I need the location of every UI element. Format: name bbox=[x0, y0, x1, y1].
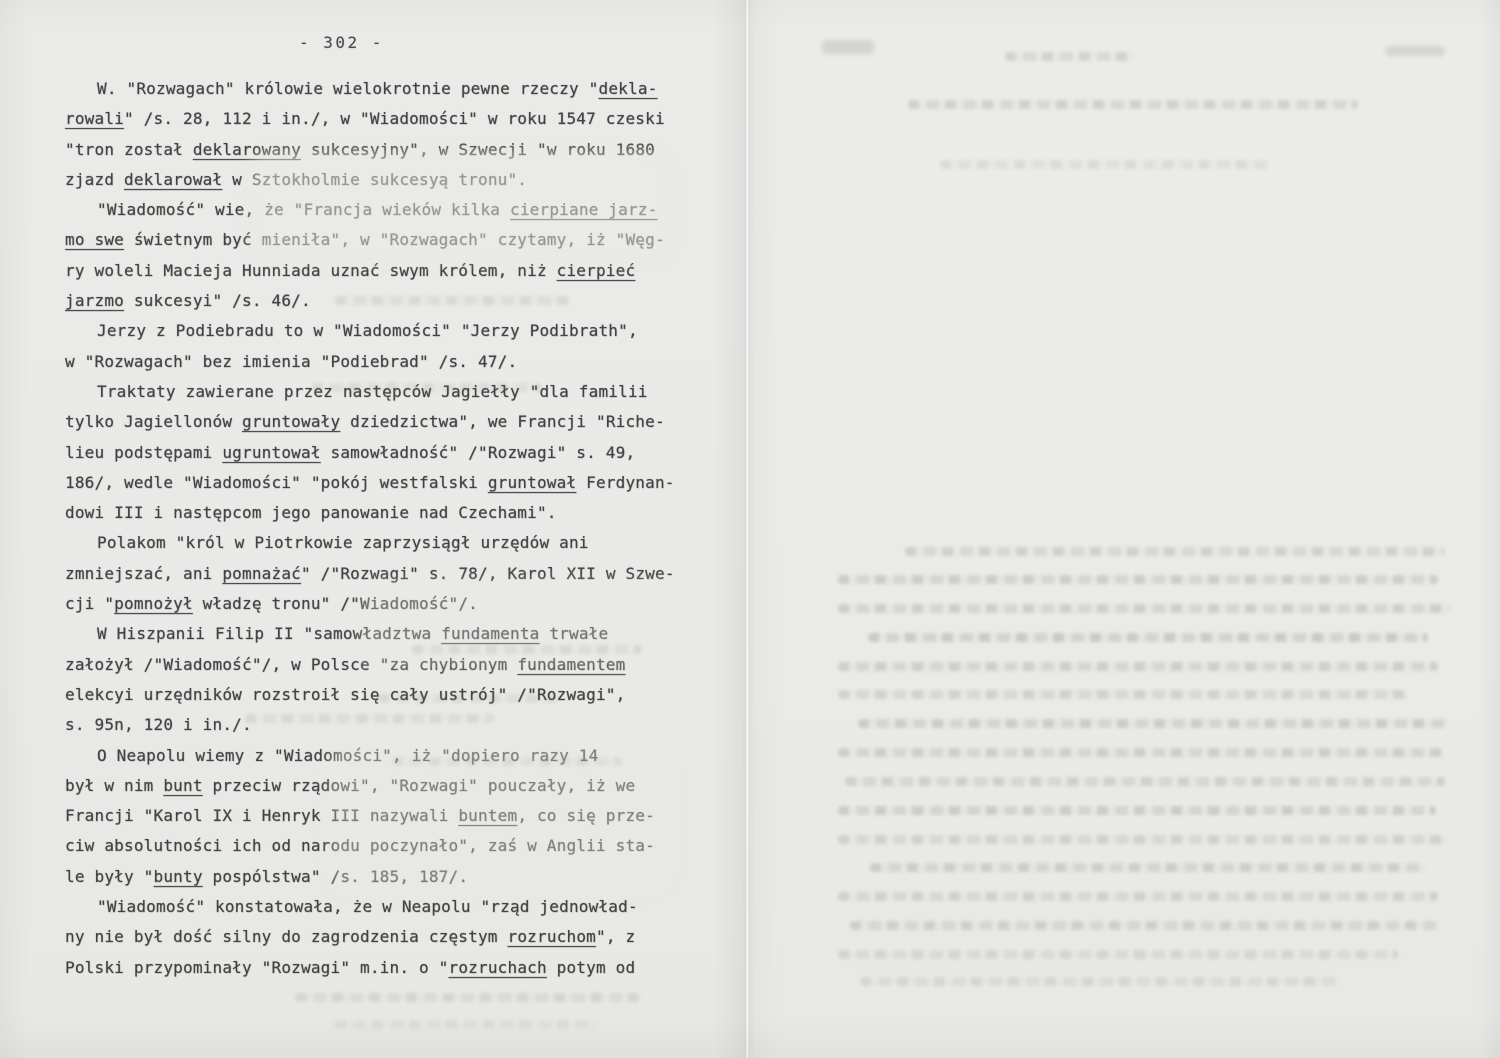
underlined-text-segment: buntem bbox=[458, 806, 517, 825]
text-line: s. 95n, 120 i in./. bbox=[65, 710, 685, 740]
underlined-text-segment: rozruchach bbox=[448, 958, 546, 977]
underlined-text-segment: rozruchom bbox=[507, 927, 596, 946]
scanned-document-spread: - 302 - W. "Rozwagach" królowie wielokro… bbox=[0, 0, 1500, 1058]
text-line: Traktaty zawierane przez następców Jagie… bbox=[65, 377, 685, 407]
text-segment: 186/, wedle "Wiadomości" "pokój westfals… bbox=[65, 473, 488, 492]
text-line: O Neapolu wiemy z "Wiadomości", iż "dopi… bbox=[65, 741, 685, 771]
page-303: - 303 - prymasa /.../ wszczętych, zatamo… bbox=[746, 0, 1500, 1058]
text-segment: w Sztokholmie sukcesyą tronu". bbox=[222, 170, 527, 189]
text-line: mo swe świetnym być mieniła", w "Rozwaga… bbox=[65, 225, 685, 255]
text-segment: Polski przypominały "Rozwagi" m.in. o " bbox=[65, 958, 448, 977]
text-line: W. "Rozwagach" królowie wielokrotnie pew… bbox=[65, 74, 685, 104]
text-segment: Jerzy z Podiebradu to w "Wiadomości" "Je… bbox=[97, 321, 638, 340]
text-line: le były "bunty pospólstwa" /s. 185, 187/… bbox=[65, 862, 685, 892]
underlined-text-segment: fundamenta bbox=[441, 624, 539, 643]
text-line: był w nim bunt przeciw rządowi", "Rozwag… bbox=[65, 771, 685, 801]
text-line: Francji "Karol IX i Henryk III nazywali … bbox=[65, 801, 685, 831]
text-segment: sukcesyjny", w Szwecji "w roku 1680 bbox=[301, 140, 655, 159]
text-segment: lieu podstępami bbox=[65, 443, 222, 462]
underlined-text-segment: gruntowały bbox=[242, 412, 340, 431]
text-segment: trwałe bbox=[539, 624, 608, 643]
text-segment: ny nie był dość silny do zagrodzenia czę… bbox=[65, 927, 507, 946]
text-segment: ry woleli Macieja Hunniada uznać swym kr… bbox=[65, 261, 557, 280]
text-segment: samowładność" /"Rozwagi" s. 49, bbox=[321, 443, 636, 462]
text-segment: ", z bbox=[596, 927, 635, 946]
text-segment: cji " bbox=[65, 594, 114, 613]
underlined-text-segment: pomnażać bbox=[222, 564, 301, 583]
text-segment: dziedzictwa", we Francji "Riche- bbox=[340, 412, 664, 431]
underlined-text-segment: dekla- bbox=[598, 79, 657, 98]
text-segment: , co się prze- bbox=[517, 806, 655, 825]
text-segment: władzę tronu" /"Wiadomość"/. bbox=[193, 594, 478, 613]
text-segment: potym od bbox=[547, 958, 636, 977]
underlined-text-segment: cierpieć bbox=[557, 261, 636, 280]
text-line: w "Rozwagach" bez imienia "Podiebrad" /s… bbox=[65, 347, 685, 377]
text-line: cji "pomnożył władzę tronu" /"Wiadomość"… bbox=[65, 589, 685, 619]
text-segment: O Neapolu wiemy z "Wiadomości", iż "dopi… bbox=[97, 746, 598, 765]
text-line: założył /"Wiadomość"/, w Polsce "za chyb… bbox=[65, 650, 685, 680]
text-line: lieu podstępami ugruntował samowładność"… bbox=[65, 438, 685, 468]
text-segment: elekcyi urzędników rozstroił się cały us… bbox=[65, 685, 625, 704]
text-line: "Wiadomość" konstatowała, że w Neapolu "… bbox=[65, 892, 685, 922]
text-segment: Traktaty zawierane przez następców Jagie… bbox=[97, 382, 648, 401]
text-segment: W. "Rozwagach" królowie wielokrotnie pew… bbox=[97, 79, 598, 98]
text-segment: le były " bbox=[65, 867, 154, 886]
underlined-text-segment: gruntował bbox=[488, 473, 577, 492]
page-number-left: - 302 - bbox=[299, 33, 384, 52]
text-segment: dowi III i następcom jego panowanie nad … bbox=[65, 503, 557, 522]
text-segment: sukcesyi" /s. 46/. bbox=[124, 291, 311, 310]
text-segment: " /s. 28, 112 i in./, w "Wiadomości" w r… bbox=[124, 109, 665, 128]
text-segment: W Hiszpanii Filip II "samowładztwa bbox=[97, 624, 441, 643]
text-segment: był w nim bbox=[65, 776, 163, 795]
text-line: elekcyi urzędników rozstroił się cały us… bbox=[65, 680, 685, 710]
underlined-text-segment: bunty bbox=[154, 867, 203, 886]
underlined-text-segment: bunt bbox=[163, 776, 202, 795]
underlined-text-segment: fundamentem bbox=[517, 655, 625, 674]
text-line: ny nie był dość silny do zagrodzenia czę… bbox=[65, 922, 685, 952]
text-segment: Francji "Karol IX i Henryk III nazywali bbox=[65, 806, 458, 825]
underlined-text-segment: ugruntował bbox=[222, 443, 320, 462]
text-line: Polski przypominały "Rozwagi" m.in. o "r… bbox=[65, 953, 685, 983]
underlined-text-segment: cierpiane jarz- bbox=[510, 200, 658, 219]
text-segment: s. 95n, 120 i in./. bbox=[65, 715, 252, 734]
text-line: zjazd deklarował w Sztokholmie sukcesyą … bbox=[65, 165, 685, 195]
underlined-text-segment: rowali bbox=[65, 109, 124, 128]
underlined-text-segment: mo swe bbox=[65, 230, 124, 249]
text-segment: założył /"Wiadomość"/, w Polsce "za chyb… bbox=[65, 655, 517, 674]
underlined-text-segment: deklarował bbox=[124, 170, 222, 189]
text-line: 186/, wedle "Wiadomości" "pokój westfals… bbox=[65, 468, 685, 498]
text-line: W Hiszpanii Filip II "samowładztwa funda… bbox=[65, 619, 685, 649]
text-segment: zjazd bbox=[65, 170, 124, 189]
left-page-text: W. "Rozwagach" królowie wielokrotnie pew… bbox=[65, 74, 685, 983]
text-segment: Ferdynan- bbox=[576, 473, 674, 492]
text-line: rowali" /s. 28, 112 i in./, w "Wiadomośc… bbox=[65, 104, 685, 134]
underlined-text-segment: deklarowany bbox=[193, 140, 301, 159]
text-line: ciw absolutności ich od narodu poczynało… bbox=[65, 831, 685, 861]
text-segment: "Wiadomość" konstatowała, że w Neapolu "… bbox=[97, 897, 638, 916]
underlined-text-segment: pomnożył bbox=[114, 594, 193, 613]
text-line: ry woleli Macieja Hunniada uznać swym kr… bbox=[65, 256, 685, 286]
text-segment: " /"Rozwagi" s. 78/, Karol XII w Szwe- bbox=[301, 564, 675, 583]
text-segment: pospólstwa" /s. 185, 187/. bbox=[203, 867, 469, 886]
text-segment: ciw absolutności ich od narodu poczynało… bbox=[65, 836, 655, 855]
text-line: dowi III i następcom jego panowanie nad … bbox=[65, 498, 685, 528]
text-line: "tron został deklarowany sukcesyjny", w … bbox=[65, 135, 685, 165]
text-segment: Polakom "król w Piotrkowie zaprzysiągł u… bbox=[97, 533, 589, 552]
text-line: jarzmo sukcesyi" /s. 46/. bbox=[65, 286, 685, 316]
text-segment: "tron został bbox=[65, 140, 193, 159]
text-segment: w "Rozwagach" bez imienia "Podiebrad" /s… bbox=[65, 352, 517, 371]
text-line: Polakom "król w Piotrkowie zaprzysiągł u… bbox=[65, 528, 685, 558]
text-line: "Wiadomość" wie, że "Francja wieków kilk… bbox=[65, 195, 685, 225]
text-segment: "Wiadomość" wie, że "Francja wieków kilk… bbox=[97, 200, 510, 219]
underlined-text-segment: jarzmo bbox=[65, 291, 124, 310]
text-line: Jerzy z Podiebradu to w "Wiadomości" "Je… bbox=[65, 316, 685, 346]
page-302: - 302 - W. "Rozwagach" królowie wielokro… bbox=[0, 0, 746, 1058]
text-segment: tylko Jagiellonów bbox=[65, 412, 242, 431]
text-line: zmniejszać, ani pomnażać" /"Rozwagi" s. … bbox=[65, 559, 685, 589]
text-segment: przeciw rządowi", "Rozwagi" pouczały, iż… bbox=[203, 776, 636, 795]
text-line: tylko Jagiellonów gruntowały dziedzictwa… bbox=[65, 407, 685, 437]
text-segment: świetnym być mieniła", w "Rozwagach" czy… bbox=[124, 230, 665, 249]
text-segment: zmniejszać, ani bbox=[65, 564, 222, 583]
